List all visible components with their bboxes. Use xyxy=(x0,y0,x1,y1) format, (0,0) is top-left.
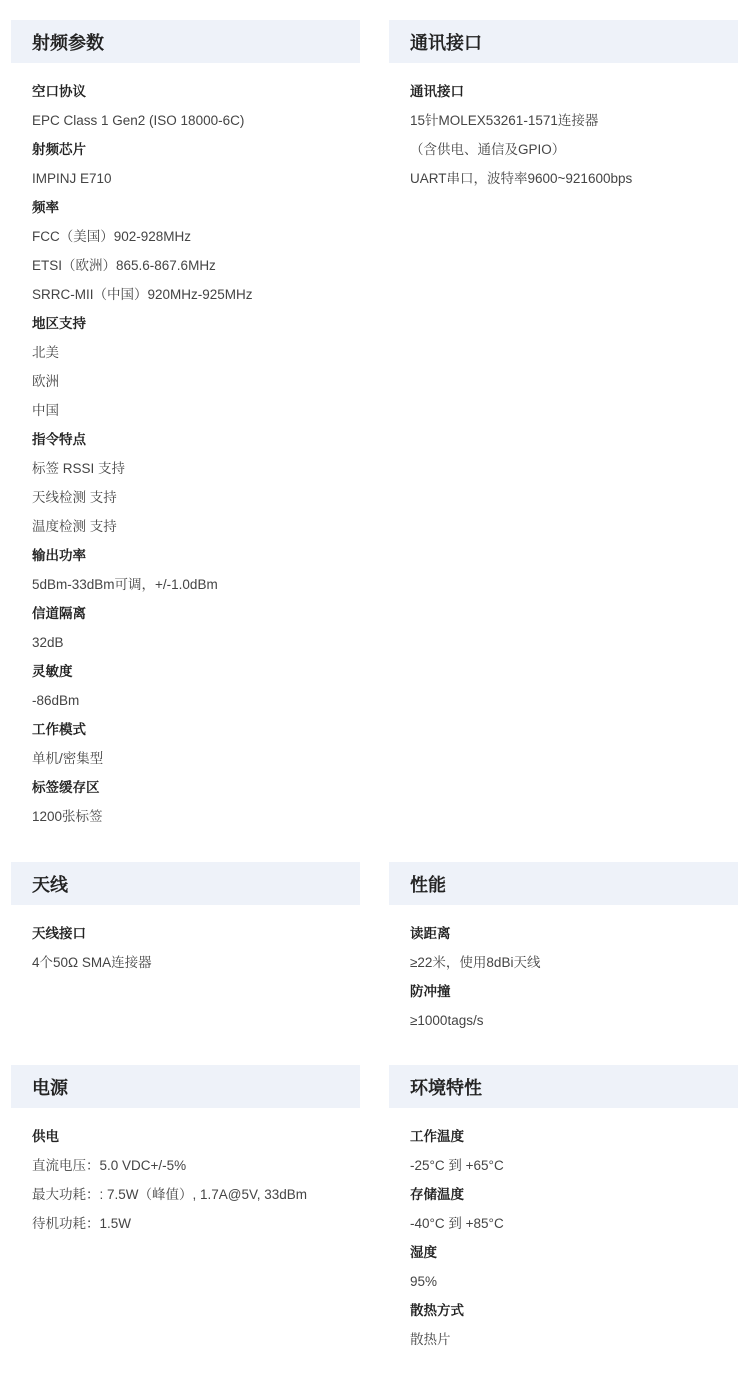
section-title-environment: 环境特性 xyxy=(389,1065,738,1108)
spec-label: 空口协议 xyxy=(32,77,360,106)
spec-value: FCC（美国）902-928MHz xyxy=(32,222,360,251)
environment-list: 工作温度-25°C 到 +65°C存储温度-40°C 到 +85°C湿度95%散… xyxy=(389,1108,738,1354)
spec-value: 最大功耗：: 7.5W（峰值）, 1.7A@5V, 33dBm xyxy=(32,1180,360,1209)
spec-label: 天线接口 xyxy=(32,919,360,948)
section-title-rf-params: 射频参数 xyxy=(11,20,360,63)
section-title-performance: 性能 xyxy=(389,862,738,905)
spec-value: 5dBm-33dBm可调，+/-1.0dBm xyxy=(32,570,360,599)
spec-value: -25°C 到 +65°C xyxy=(410,1151,738,1180)
spec-label: 存储温度 xyxy=(410,1180,738,1209)
spec-label: 防冲撞 xyxy=(410,977,738,1006)
spec-label: 湿度 xyxy=(410,1238,738,1267)
section-title-power: 电源 xyxy=(11,1065,360,1108)
spec-value: 待机功耗：1.5W xyxy=(32,1209,360,1238)
spec-value: ETSI（欧洲）865.6-867.6MHz xyxy=(32,251,360,280)
spec-label: 指令特点 xyxy=(32,425,360,454)
antenna-list: 天线接口4个50Ω SMA连接器 xyxy=(11,905,360,977)
spec-label: 地区支持 xyxy=(32,309,360,338)
spec-value: 温度检测 支持 xyxy=(32,512,360,541)
spec-value: 天线检测 支持 xyxy=(32,483,360,512)
spec-label: 射频芯片 xyxy=(32,135,360,164)
spec-value: -86dBm xyxy=(32,686,360,715)
section-rf-params: 射频参数 空口协议EPC Class 1 Gen2 (ISO 18000-6C)… xyxy=(11,20,360,831)
spec-value: 中国 xyxy=(32,396,360,425)
spec-value: （含供电、通信及GPIO） xyxy=(410,135,738,164)
spec-value: 95% xyxy=(410,1267,738,1296)
spec-value: ≥1000tags/s xyxy=(410,1006,738,1035)
spec-value: 32dB xyxy=(32,628,360,657)
section-environment: 环境特性 工作温度-25°C 到 +65°C存储温度-40°C 到 +85°C湿… xyxy=(389,1065,738,1354)
section-title-comm-interface: 通讯接口 xyxy=(389,20,738,63)
spec-label: 灵敏度 xyxy=(32,657,360,686)
spec-value: ≥22米，使用8dBi天线 xyxy=(410,948,738,977)
spec-label: 输出功率 xyxy=(32,541,360,570)
spec-label: 频率 xyxy=(32,193,360,222)
spec-label: 工作模式 xyxy=(32,715,360,744)
power-list: 供电直流电压：5.0 VDC+/-5%最大功耗：: 7.5W（峰值）, 1.7A… xyxy=(11,1108,360,1238)
comm-interface-list: 通讯接口15针MOLEX53261-1571连接器（含供电、通信及GPIO）UA… xyxy=(389,63,738,193)
spec-value: 1200张标签 xyxy=(32,802,360,831)
spec-value: 单机/密集型 xyxy=(32,744,360,773)
section-comm-interface: 通讯接口 通讯接口15针MOLEX53261-1571连接器（含供电、通信及GP… xyxy=(389,20,738,193)
spec-value: -40°C 到 +85°C xyxy=(410,1209,738,1238)
section-performance: 性能 读距离≥22米，使用8dBi天线防冲撞≥1000tags/s xyxy=(389,862,738,1035)
spec-value: 欧洲 xyxy=(32,367,360,396)
spec-label: 供电 xyxy=(32,1122,360,1151)
spec-label: 散热方式 xyxy=(410,1296,738,1325)
spec-label: 信道隔离 xyxy=(32,599,360,628)
spec-value: UART串口，波特率9600~921600bps xyxy=(410,164,738,193)
spec-value: 15针MOLEX53261-1571连接器 xyxy=(410,106,738,135)
section-title-antenna: 天线 xyxy=(11,862,360,905)
spec-label: 读距离 xyxy=(410,919,738,948)
spec-label: 通讯接口 xyxy=(410,77,738,106)
spec-value: 北美 xyxy=(32,338,360,367)
spec-value: SRRC-MII（中国）920MHz-925MHz xyxy=(32,280,360,309)
section-antenna: 天线 天线接口4个50Ω SMA连接器 xyxy=(11,862,360,977)
rf-params-list: 空口协议EPC Class 1 Gen2 (ISO 18000-6C)射频芯片I… xyxy=(11,63,360,831)
spec-value: 4个50Ω SMA连接器 xyxy=(32,948,360,977)
performance-list: 读距离≥22米，使用8dBi天线防冲撞≥1000tags/s xyxy=(389,905,738,1035)
spec-value: EPC Class 1 Gen2 (ISO 18000-6C) xyxy=(32,106,360,135)
spec-value: IMPINJ E710 xyxy=(32,164,360,193)
section-power: 电源 供电直流电压：5.0 VDC+/-5%最大功耗：: 7.5W（峰值）, 1… xyxy=(11,1065,360,1238)
spec-label: 工作温度 xyxy=(410,1122,738,1151)
spec-value: 散热片 xyxy=(410,1325,738,1354)
spec-value: 直流电压：5.0 VDC+/-5% xyxy=(32,1151,360,1180)
spec-value: 标签 RSSI 支持 xyxy=(32,454,360,483)
spec-label: 标签缓存区 xyxy=(32,773,360,802)
